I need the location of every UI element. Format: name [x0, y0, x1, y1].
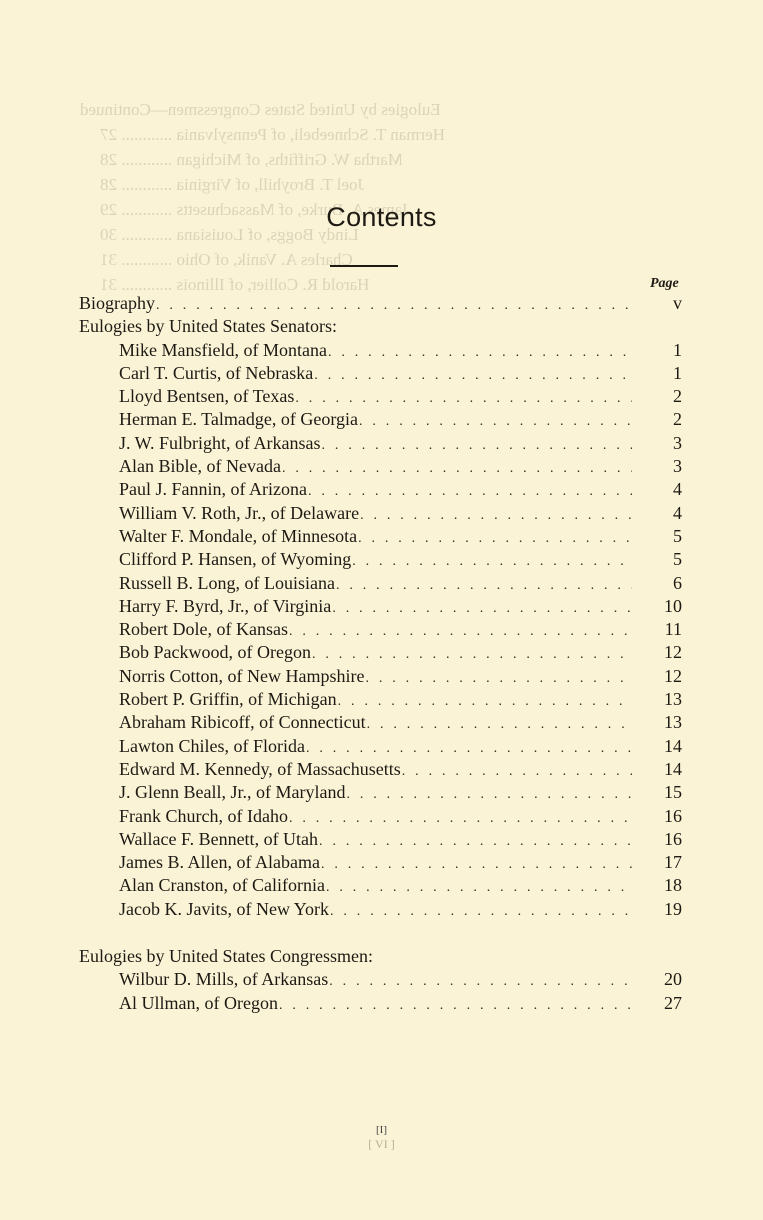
entry-label: Frank Church, of Idaho: [119, 805, 288, 828]
entry-label: Carl T. Curtis, of Nebraska: [119, 362, 313, 385]
leader-dots: [312, 643, 632, 666]
page-folio: [I]: [0, 1124, 763, 1136]
toc-entry[interactable]: Edward M. Kennedy, of Massachusetts14: [79, 758, 682, 781]
page-column-header: Page: [650, 276, 679, 292]
bleed-folio: [ VI ]: [0, 1137, 763, 1152]
toc-entry[interactable]: Carl T. Curtis, of Nebraska1: [79, 362, 682, 385]
entry-page: 4: [638, 502, 682, 525]
entry-page: 19: [638, 898, 682, 921]
entry-page: 27: [638, 992, 682, 1015]
toc-entry[interactable]: James B. Allen, of Alabama17: [79, 851, 682, 874]
toc-entry[interactable]: Wallace F. Bennett, of Utah16: [79, 828, 682, 851]
entry-label: Biography: [79, 292, 155, 315]
toc-entry[interactable]: Russell B. Long, of Louisiana6: [79, 572, 682, 595]
leader-dots: [365, 667, 632, 690]
toc-entry[interactable]: Mike Mansfield, of Montana1: [79, 339, 682, 362]
entry-label: Russell B. Long, of Louisiana: [119, 572, 335, 595]
entry-page: 16: [638, 828, 682, 851]
entry-page: 14: [638, 758, 682, 781]
entry-label: Alan Cranston, of California: [119, 874, 325, 897]
leader-dots: [306, 737, 632, 760]
entry-page: 6: [638, 572, 682, 595]
leader-dots: [156, 294, 632, 317]
toc-entry[interactable]: Alan Bible, of Nevada3: [79, 455, 682, 478]
entry-page: 12: [638, 665, 682, 688]
leader-dots: [359, 410, 632, 433]
page-title: Contents: [0, 202, 763, 233]
entry-label: Paul J. Fannin, of Arizona: [119, 478, 307, 501]
entry-label: Abraham Ribicoff, of Connecticut: [119, 711, 366, 734]
entry-page: 11: [638, 618, 682, 641]
toc-entry[interactable]: Lawton Chiles, of Florida14: [79, 735, 682, 758]
entry-page: 14: [638, 735, 682, 758]
entry-label: Lawton Chiles, of Florida: [119, 735, 305, 758]
toc-entry[interactable]: Norris Cotton, of New Hampshire12: [79, 665, 682, 688]
entry-label: Al Ullman, of Oregon: [119, 992, 278, 1015]
leader-dots: [289, 807, 632, 830]
entry-label: Bob Packwood, of Oregon: [119, 641, 311, 664]
toc-entry[interactable]: Wilbur D. Mills, of Arkansas20: [79, 968, 682, 991]
entry-page: 13: [638, 688, 682, 711]
bleed-line: Martha W. Griffiths, of Michigan .......…: [100, 150, 403, 170]
leader-dots: [328, 341, 632, 364]
toc-entry[interactable]: Robert Dole, of Kansas11: [79, 618, 682, 641]
leader-dots: [360, 504, 632, 527]
leader-dots: [282, 457, 632, 480]
leader-dots: [338, 690, 632, 713]
entry-page: 1: [638, 339, 682, 362]
entry-label: Lloyd Bentsen, of Texas: [119, 385, 294, 408]
toc-entry[interactable]: Abraham Ribicoff, of Connecticut13: [79, 711, 682, 734]
entry-label: Jacob K. Javits, of New York: [119, 898, 329, 921]
entry-label: Norris Cotton, of New Hampshire: [119, 665, 364, 688]
title-rule: [330, 265, 398, 267]
entry-label: J. W. Fulbright, of Arkansas: [119, 432, 321, 455]
toc-entry[interactable]: Frank Church, of Idaho16: [79, 805, 682, 828]
leader-dots: [279, 994, 632, 1017]
entry-page: 18: [638, 874, 682, 897]
entry-page: v: [638, 292, 682, 315]
congressmen-list: Wilbur D. Mills, of Arkansas20Al Ullman,…: [79, 968, 682, 1015]
entry-page: 2: [638, 385, 682, 408]
leader-dots: [352, 550, 632, 573]
toc-entry[interactable]: William V. Roth, Jr., of Delaware4: [79, 502, 682, 525]
entry-label: Edward M. Kennedy, of Massachusetts: [119, 758, 401, 781]
entry-label: William V. Roth, Jr., of Delaware: [119, 502, 359, 525]
senators-list: Mike Mansfield, of Montana1Carl T. Curti…: [79, 339, 682, 921]
bleed-line: Eulogies by United States Congressmen—Co…: [80, 100, 441, 120]
toc-entry[interactable]: J. Glenn Beall, Jr., of Maryland15: [79, 781, 682, 804]
toc-entry[interactable]: Jacob K. Javits, of New York19: [79, 898, 682, 921]
entry-label: Herman E. Talmadge, of Georgia: [119, 408, 358, 431]
toc-entry-biography[interactable]: Biography v: [79, 292, 682, 315]
leader-dots: [346, 783, 632, 806]
entry-page: 2: [638, 408, 682, 431]
entry-label: J. Glenn Beall, Jr., of Maryland: [119, 781, 345, 804]
entry-label: Mike Mansfield, of Montana: [119, 339, 327, 362]
bleed-line: Joel T. Broyhill, of Virginia ..........…: [100, 175, 364, 195]
bleed-line: Herman T. Schneebeli, of Pennsylvania ..…: [100, 125, 445, 145]
entry-page: 1: [638, 362, 682, 385]
leader-dots: [321, 853, 632, 876]
leader-dots: [326, 876, 632, 899]
toc-entry[interactable]: Walter F. Mondale, of Minnesota5: [79, 525, 682, 548]
entry-page: 10: [638, 595, 682, 618]
bleed-line: Charles A. Vanik, of Ohio ............ 3…: [100, 250, 353, 270]
toc-entry[interactable]: Harry F. Byrd, Jr., of Virginia10: [79, 595, 682, 618]
entry-page: 3: [638, 455, 682, 478]
entry-page: 3: [638, 432, 682, 455]
entry-label: Harry F. Byrd, Jr., of Virginia: [119, 595, 331, 618]
leader-dots: [358, 527, 632, 550]
toc-entry[interactable]: Bob Packwood, of Oregon12: [79, 641, 682, 664]
leader-dots: [332, 597, 632, 620]
toc-entry[interactable]: Robert P. Griffin, of Michigan13: [79, 688, 682, 711]
entry-label: Clifford P. Hansen, of Wyoming: [119, 548, 351, 571]
entry-page: 13: [638, 711, 682, 734]
entry-page: 16: [638, 805, 682, 828]
entry-page: 17: [638, 851, 682, 874]
entry-label: Wallace F. Bennett, of Utah: [119, 828, 318, 851]
toc-entry[interactable]: J. W. Fulbright, of Arkansas3: [79, 432, 682, 455]
leader-dots: [319, 830, 632, 853]
toc-entry[interactable]: Alan Cranston, of California18: [79, 874, 682, 897]
leader-dots: [314, 364, 632, 387]
entry-page: 4: [638, 478, 682, 501]
entry-label: Walter F. Mondale, of Minnesota: [119, 525, 357, 548]
toc-entry[interactable]: Herman E. Talmadge, of Georgia2: [79, 408, 682, 431]
toc-entry[interactable]: Paul J. Fannin, of Arizona4: [79, 478, 682, 501]
section-heading-congressmen: Eulogies by United States Congressmen:: [79, 945, 682, 968]
leader-dots: [329, 970, 632, 993]
toc-entry[interactable]: Al Ullman, of Oregon27: [79, 992, 682, 1015]
leader-dots: [330, 900, 632, 923]
leader-dots: [295, 387, 632, 410]
entry-label: James B. Allen, of Alabama: [119, 851, 320, 874]
leader-dots: [402, 760, 632, 783]
leader-dots: [336, 574, 632, 597]
toc-entry[interactable]: Clifford P. Hansen, of Wyoming5: [79, 548, 682, 571]
toc-entry[interactable]: Lloyd Bentsen, of Texas2: [79, 385, 682, 408]
leader-dots: [308, 480, 632, 503]
entry-label: Alan Bible, of Nevada: [119, 455, 281, 478]
entry-label: Robert Dole, of Kansas: [119, 618, 288, 641]
entry-page: 20: [638, 968, 682, 991]
entry-label: Robert P. Griffin, of Michigan: [119, 688, 337, 711]
leader-dots: [322, 434, 632, 457]
section-heading-senators: Eulogies by United States Senators:: [79, 315, 682, 338]
leader-dots: [289, 620, 632, 643]
entry-page: 12: [638, 641, 682, 664]
leader-dots: [367, 713, 632, 736]
entry-page: 5: [638, 525, 682, 548]
entry-page: 15: [638, 781, 682, 804]
table-of-contents: Biography v Eulogies by United States Se…: [79, 292, 682, 1015]
entry-page: 5: [638, 548, 682, 571]
entry-label: Wilbur D. Mills, of Arkansas: [119, 968, 328, 991]
